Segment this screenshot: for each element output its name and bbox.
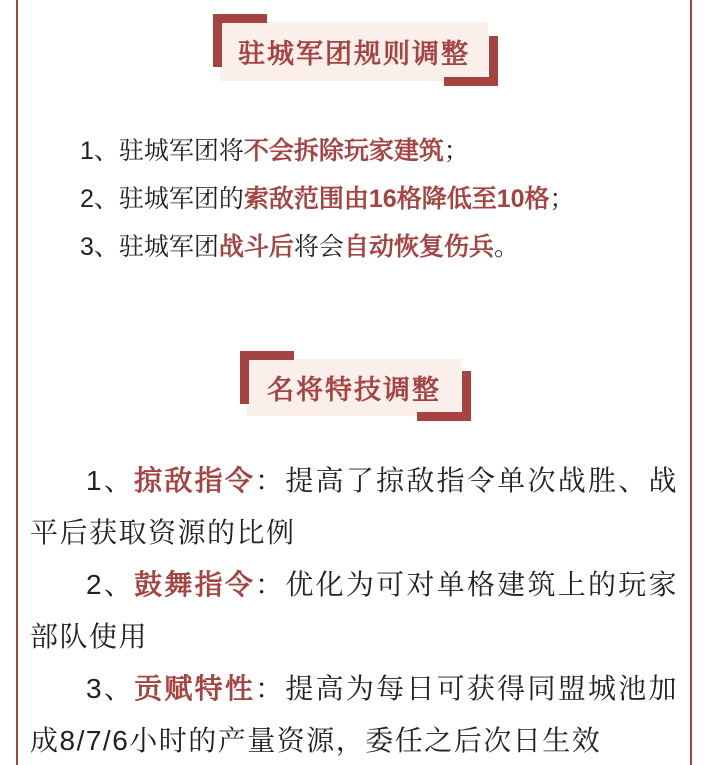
text-segment-accent: 贡赋特性 [134, 673, 255, 704]
garrison-rules-list: 1、驻城军团将不会拆除玩家建筑； 2、驻城军团的索敌范围由16格降低至10格； … [30, 127, 678, 271]
text-segment-accent: 自动恢复伤兵 [344, 233, 494, 261]
text-segment-accent: 战斗后 [219, 233, 294, 261]
corner-bracket-top-left-icon [213, 14, 267, 67]
section-title-garrison-rules: 驻城军团规则调整 [238, 32, 470, 71]
text-segment: 1、驻城军团将 [80, 137, 244, 165]
text-segment: 1、 [86, 465, 134, 496]
text-segment: 2、 [86, 569, 134, 600]
rule-item-1: 1、驻城军团将不会拆除玩家建筑； [30, 127, 678, 175]
section-badge-general-skills: 名将特技调整 [247, 359, 461, 416]
text-segment-accent: 索敌范围由16格降低至10格 [244, 185, 550, 213]
rule-item-2: 2、驻城军团的索敌范围由16格降低至10格； [30, 175, 678, 223]
rule-item-1: 1、掠敌指令：提高了掠敌指令单次战胜、战平后获取资源的比例 [30, 455, 678, 559]
text-segment: 2、驻城军团的 [80, 185, 244, 213]
text-segment: 3、驻城军团 [80, 233, 219, 261]
corner-bracket-bottom-right-icon [444, 36, 498, 86]
content-frame: 驻城军团规则调整 1、驻城军团将不会拆除玩家建筑； 2、驻城军团的索敌范围由16… [16, 0, 692, 765]
text-segment: 。 [494, 233, 519, 261]
corner-bracket-bottom-right-icon [417, 371, 471, 421]
rule-item-2: 2、鼓舞指令：优化为可对单格建筑上的玩家部队使用 [30, 559, 678, 663]
corner-bracket-top-left-icon [240, 351, 294, 404]
text-segment: ； [550, 185, 575, 213]
rule-item-3: 3、驻城军团战斗后将会自动恢复伤兵。 [30, 223, 678, 271]
rule-item-3: 3、贡赋特性：提高为每日可获得同盟城池加成8/7/6小时的产量资源，委任之后次日… [30, 663, 678, 765]
text-segment: 3、 [86, 673, 134, 704]
section-badge-garrison-rules: 驻城军团规则调整 [220, 22, 488, 81]
text-segment: ； [444, 137, 469, 165]
general-skills-list: 1、掠敌指令：提高了掠敌指令单次战胜、战平后获取资源的比例 2、鼓舞指令：优化为… [30, 455, 678, 765]
text-segment-accent: 掠敌指令 [134, 465, 255, 496]
text-segment-accent: 不会拆除玩家建筑 [244, 137, 444, 165]
text-segment: 将会 [294, 233, 344, 261]
text-segment-accent: 鼓舞指令 [134, 569, 255, 600]
